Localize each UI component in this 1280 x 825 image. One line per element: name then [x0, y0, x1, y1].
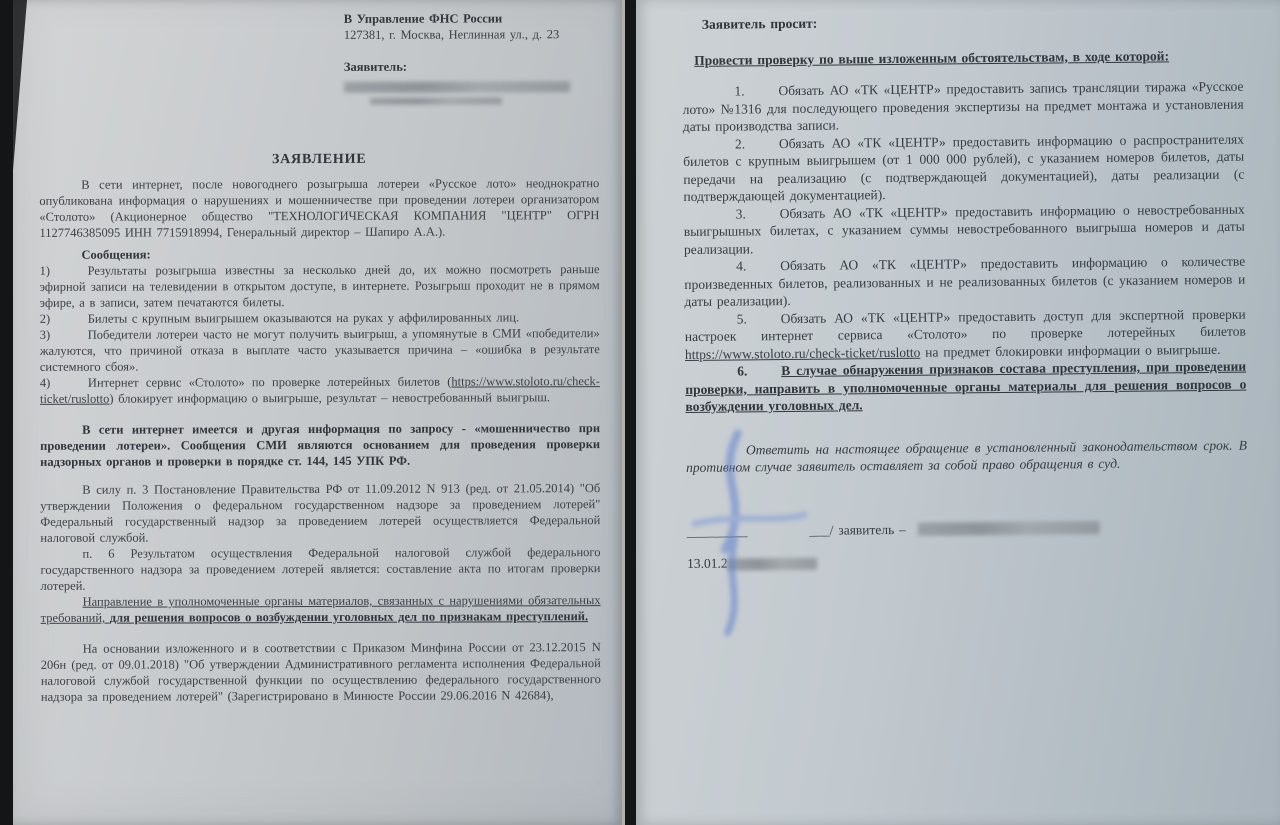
- applicant-signature-name-redacted: [918, 521, 1100, 536]
- signature-line: _________: [687, 522, 748, 540]
- message-item-text: Интернет сервис «Столото» по проверке ло…: [88, 375, 452, 390]
- recipient-title: В Управление ФНС России: [344, 11, 599, 27]
- regulation-basis-paragraph: На основании изложенного и в соответстви…: [41, 639, 601, 705]
- request-item-number: 2.: [735, 135, 779, 153]
- date-row: 13.01.2: [687, 550, 1248, 573]
- legal-basis-paragraph-2: п. 6 Результатом осуществления Федеральн…: [40, 544, 600, 594]
- message-item: 1)Результаты розыгрыша известны за неско…: [40, 261, 600, 311]
- intro-paragraph: В сети интернет, после новогоднего розыг…: [39, 175, 599, 241]
- media-reports-paragraph: В сети интернет имеется и другая информа…: [40, 420, 600, 470]
- document-title: ЗАЯВЛЕНИЕ: [39, 151, 599, 169]
- signature-row: _________ ___/ заявитель –: [687, 517, 1248, 540]
- requests-subheading: Провести проверку по выше изложенным обс…: [682, 46, 1243, 69]
- request-item: 2.Обязать АО «ТК «ЦЕНТР» предоставить ин…: [683, 130, 1245, 205]
- redaction-bar: [344, 81, 570, 93]
- photo-corner-shadow: [13, 0, 27, 170]
- request-item: 3.Обязать АО «ТК «ЦЕНТР» предоставить ин…: [684, 200, 1245, 258]
- request-item-number: 4.: [736, 257, 780, 275]
- message-item: 2)Билеты с крупным выигрышем оказываются…: [40, 309, 600, 327]
- signature-label: ___/ заявитель –: [809, 520, 906, 538]
- scanned-document-photo: В Управление ФНС России 127381, г. Москв…: [0, 0, 1280, 825]
- requests-heading: Заявитель просит:: [682, 11, 1243, 34]
- request-item-number: 6.: [737, 362, 781, 380]
- request-item: 4.Обязать АО «ТК «ЦЕНТР» предоставить ин…: [684, 253, 1245, 311]
- message-item-text: Победители лотереи часто не могут получи…: [40, 326, 600, 374]
- request-item: 1.Обязать АО «ТК «ЦЕНТР» предоставить за…: [682, 78, 1243, 136]
- referral-paragraph: Направление в уполномоченные органы мате…: [41, 592, 601, 626]
- right-page-content: Заявитель просит: Провести проверку по в…: [634, 0, 1280, 825]
- message-item: 4)Интернет сервис «Столото» по проверке …: [40, 373, 600, 407]
- referral-bold-text: для решения вопросов о возбуждении уголо…: [110, 609, 588, 625]
- message-item: 3)Победители лотереи часто не могут полу…: [40, 325, 600, 375]
- request-item: 5.Обязать АО «ТК «ЦЕНТР» предоставить до…: [685, 305, 1246, 363]
- request-item-number: 1.: [734, 82, 778, 100]
- applicant-name-redacted: [344, 75, 599, 108]
- document-page-right: Заявитель просит: Провести проверку по в…: [636, 0, 1280, 825]
- requests-list: 1.Обязать АО «ТК «ЦЕНТР» предоставить за…: [682, 78, 1246, 416]
- document-page-left: В Управление ФНС России 127381, г. Москв…: [13, 0, 622, 825]
- signature-gap: [748, 539, 810, 540]
- legal-basis-paragraph-1: В силу п. 3 Постановление Правительства …: [40, 480, 600, 546]
- request-item-number: 3.: [736, 205, 780, 223]
- message-item-text: ) блокирует информацию о выигрыше, резул…: [109, 390, 550, 405]
- message-item-number: 1): [40, 263, 88, 279]
- message-item-text: Результаты розыгрыша известны за несколь…: [40, 262, 600, 310]
- request-item-text: на предмет блокировки информации о выигр…: [920, 341, 1220, 359]
- redaction-bar: [370, 98, 502, 105]
- applicant-label: Заявитель:: [344, 59, 599, 75]
- message-item-number: 2): [40, 311, 88, 327]
- recipient-block: В Управление ФНС России 127381, г. Москв…: [344, 11, 599, 108]
- message-item-text: Билеты с крупным выигрышем оказываются н…: [88, 310, 519, 325]
- message-item-number: 4): [40, 375, 88, 391]
- date-text: 13.01.2: [687, 556, 728, 571]
- stoloto-check-link: https://www.stoloto.ru/check-ticket/rusl…: [685, 344, 920, 361]
- messages-heading: Сообщения:: [39, 245, 599, 263]
- closing-note: Ответить на настоящее обращение в устано…: [686, 436, 1247, 476]
- date-redacted: [726, 558, 816, 571]
- request-item-number: 5.: [737, 310, 781, 328]
- recipient-address: 127381, г. Москва, Неглинная ул., д. 23: [344, 27, 599, 43]
- left-page-content: В Управление ФНС России 127381, г. Москв…: [12, 0, 624, 825]
- message-item-number: 3): [40, 327, 88, 343]
- request-item: 6.В случае обнаружения признаков состава…: [685, 358, 1246, 416]
